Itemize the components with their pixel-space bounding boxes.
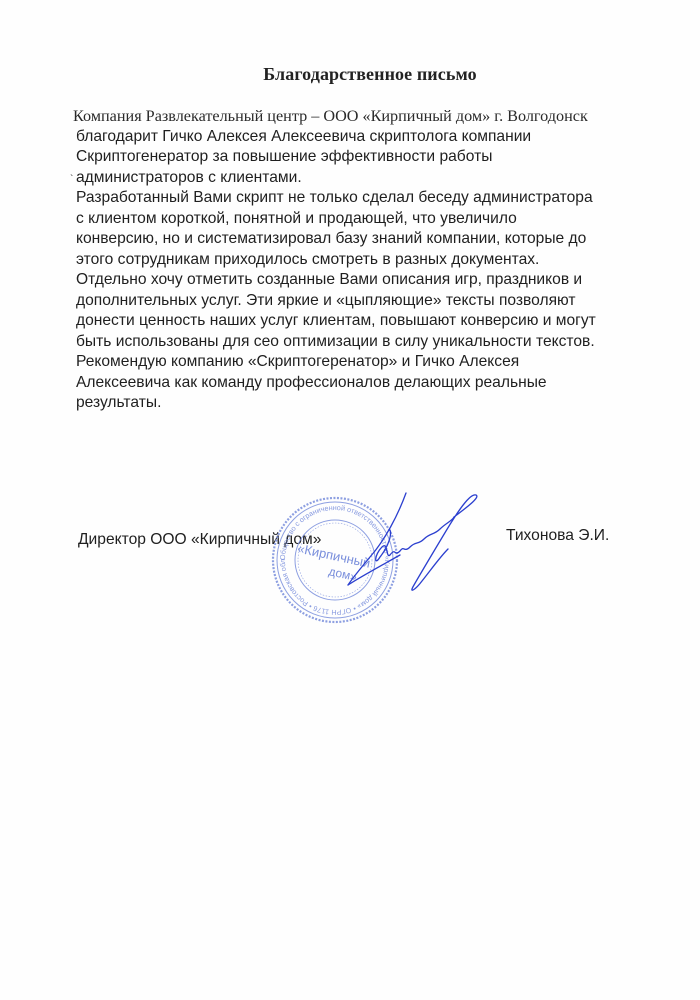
body-line: Отдельно хочу отметить созданные Вами оп… [76, 270, 656, 291]
body-line: дополнительных услуг. Эти яркие и «цыпля… [76, 291, 656, 312]
body-line: Алексеевича как команду профессионалов д… [76, 373, 656, 394]
body-line: быть использованы для сео оптимизации в … [76, 332, 656, 353]
handwritten-signature-icon [330, 485, 490, 605]
body-line: Разработанный Вами скрипт не только сдел… [76, 188, 656, 209]
body-line: Скриптогенератор за повышение эффективно… [76, 147, 656, 168]
body-line: конверсию, но и систематизировал базу зн… [76, 229, 656, 250]
body-line: этого сотрудникам приходилось смотреть в… [76, 250, 656, 271]
signer-name: Тихонова Э.И. [506, 527, 609, 545]
letter-title: Благодарственное письмо [0, 64, 700, 85]
body-line: донести ценность наших услуг клиентам, п… [76, 311, 656, 332]
body-line: Рекомендую компанию «Скриптогеренатор» и… [76, 352, 656, 373]
body-line: благодарит Гичко Алексея Алексеевича скр… [76, 127, 656, 148]
body-line: администраторов с клиентами. [76, 168, 656, 189]
letter-page: Благодарственное письмо ` Компания Развл… [0, 0, 700, 1000]
body-line: результаты. [76, 393, 656, 414]
scan-mark: ` [70, 174, 73, 185]
body-line: Компания Развлекательный центр – ООО «Ки… [73, 106, 656, 127]
body-line: с клиентом короткой, понятной и продающе… [76, 209, 656, 230]
letter-body: Компания Развлекательный центр – ООО «Ки… [76, 106, 656, 414]
